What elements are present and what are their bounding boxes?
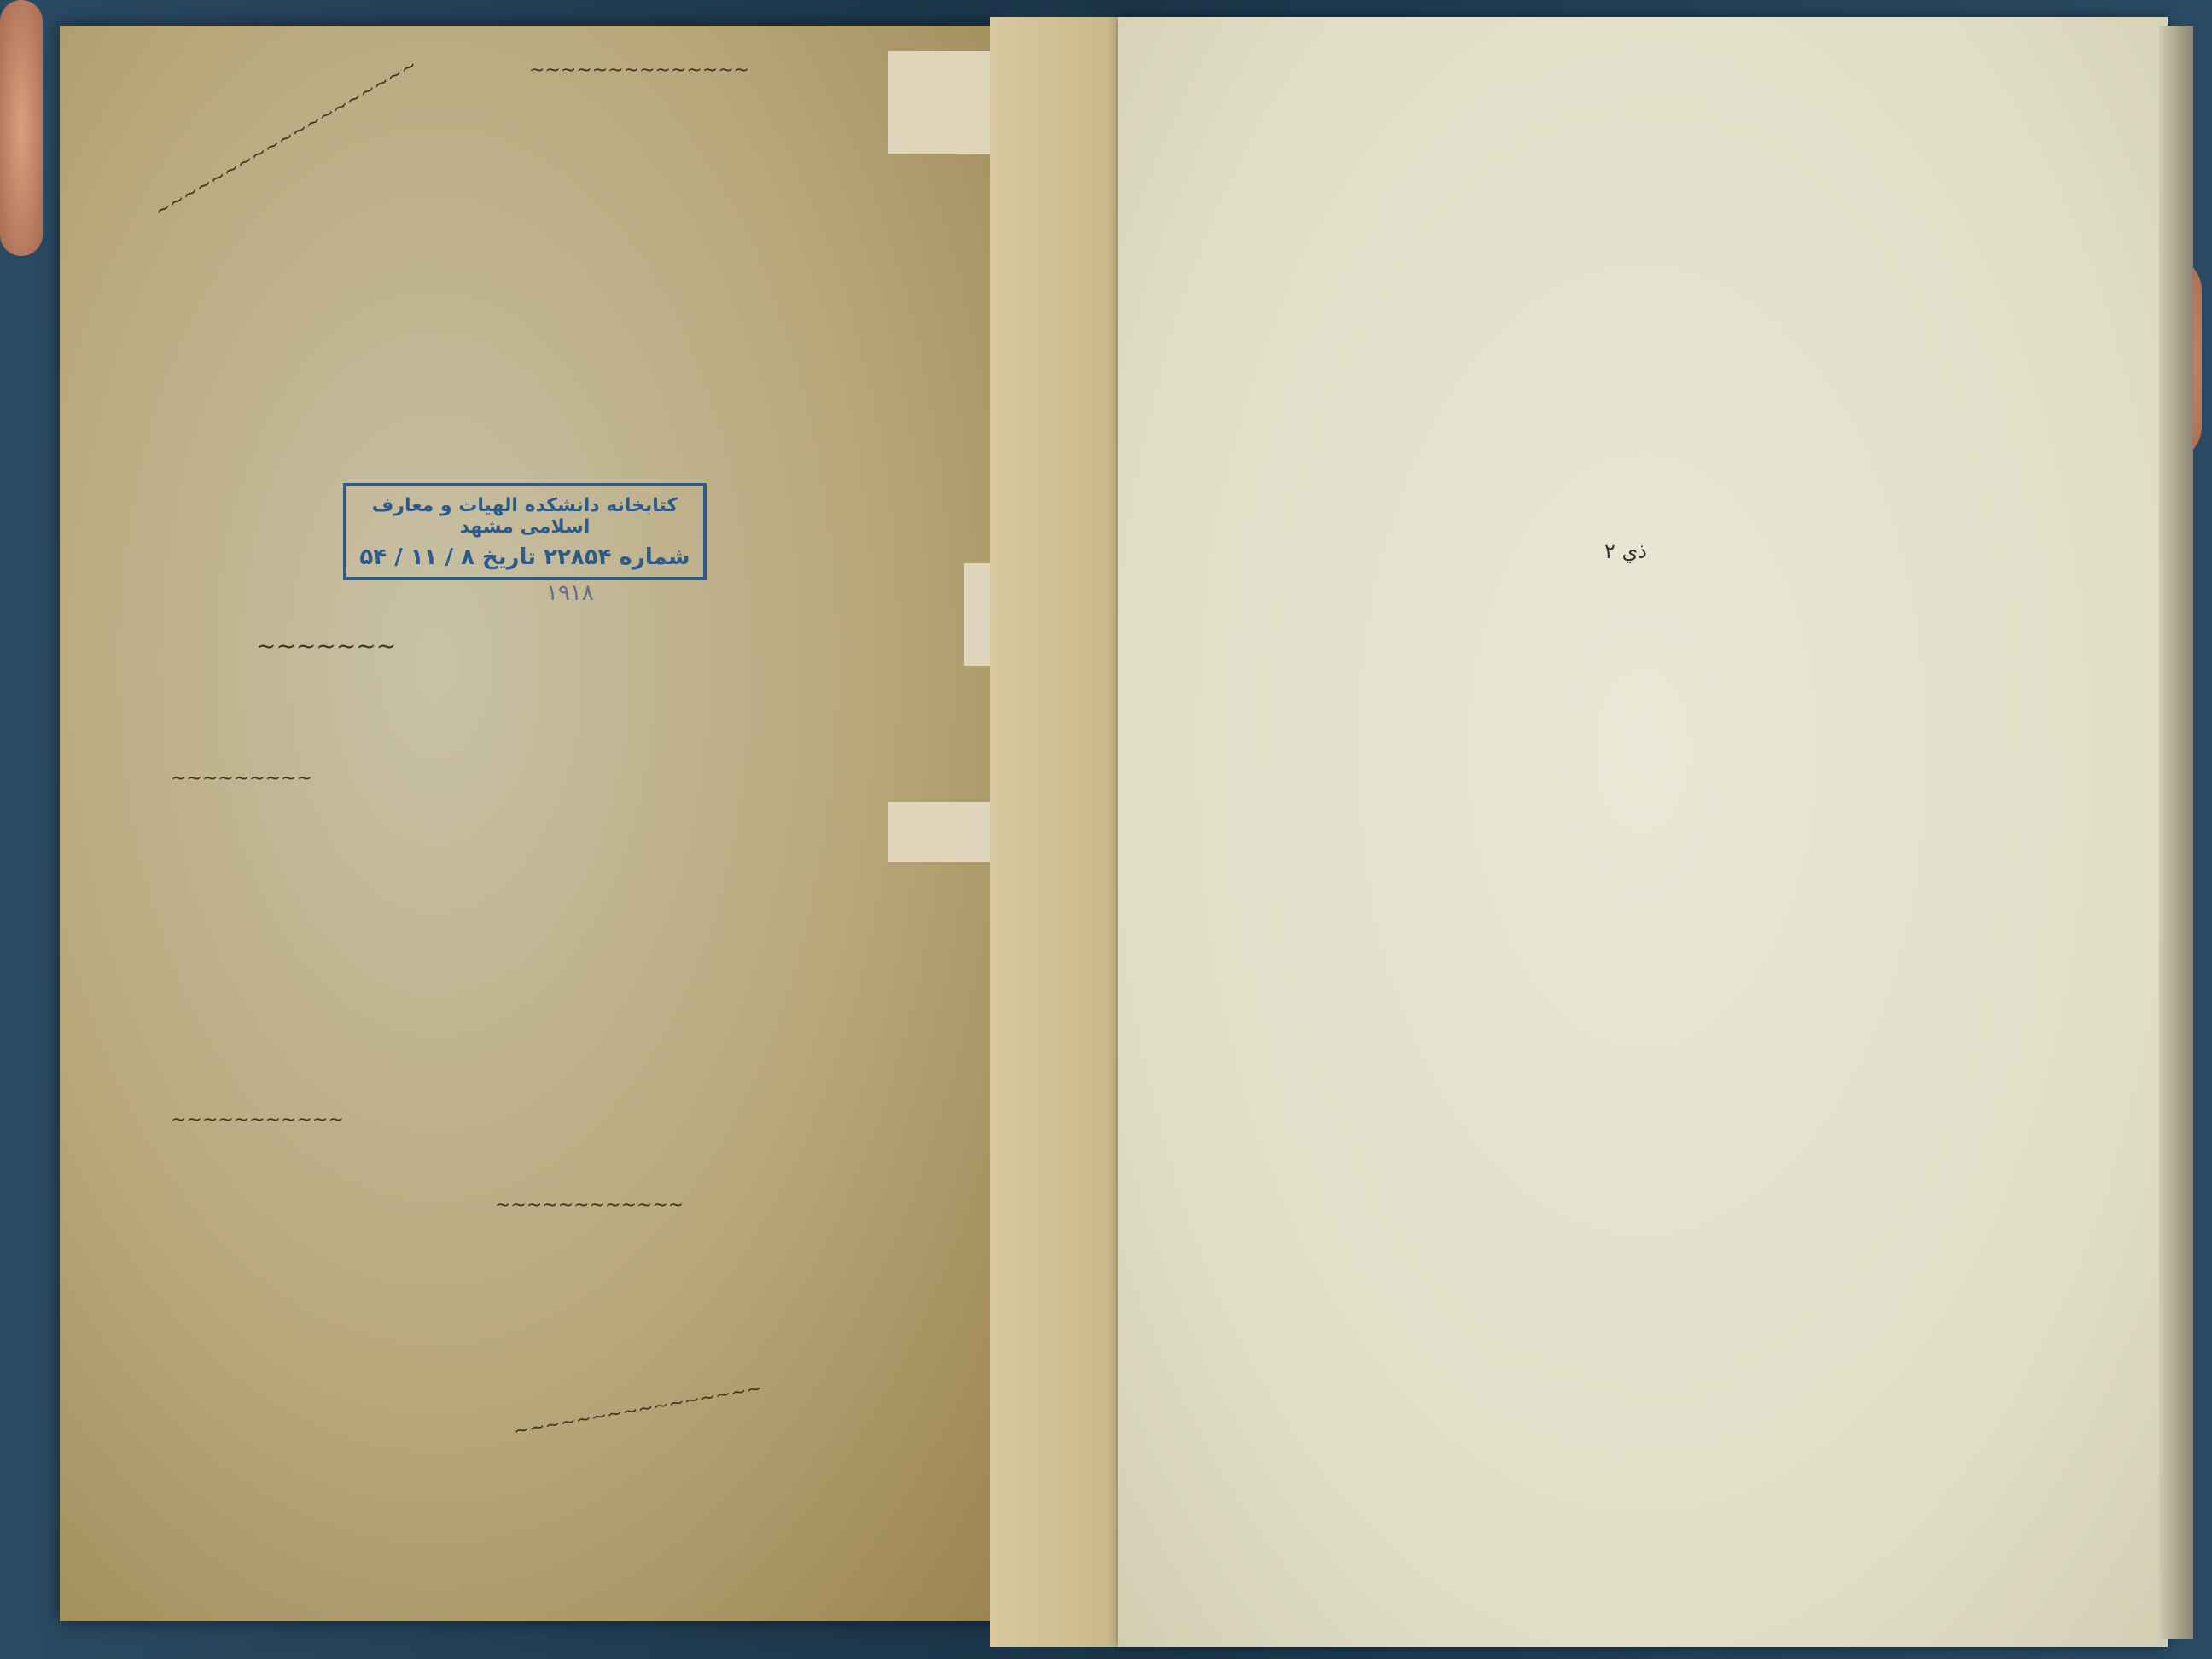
handwriting: ~~~~~~~~~~~~ xyxy=(495,1195,684,1216)
paper-repair xyxy=(888,51,990,154)
library-stamp: کتابخانه دانشکده الهیات و معارف اسلامی م… xyxy=(343,483,707,580)
paper-repair xyxy=(888,802,990,862)
pencil-number: ۱۹۱۸ xyxy=(546,580,594,606)
handwriting: ~~~~~~~ xyxy=(256,632,396,660)
handwriting: ~~~~~~~~~ xyxy=(171,768,312,789)
handwriting: ~~~~~~~~~~~ xyxy=(171,1109,344,1131)
stamp-number-date: شماره ۲۲۸۵۴ تاریخ ۸ / ۱۱ / ۵۴ xyxy=(346,544,703,570)
right-blank-page xyxy=(1118,17,2168,1647)
page-edges xyxy=(2159,26,2193,1639)
stamp-library-name: کتابخانه دانشکده الهیات و معارف اسلامی م… xyxy=(346,495,703,538)
holding-finger-left xyxy=(0,0,43,256)
right-page-mark: ذي ٢ xyxy=(1604,539,1647,563)
left-endpaper xyxy=(60,26,998,1621)
handwriting: ~~~~~~~~~~~~~~ xyxy=(529,60,749,81)
binding-flap xyxy=(990,17,1118,1647)
